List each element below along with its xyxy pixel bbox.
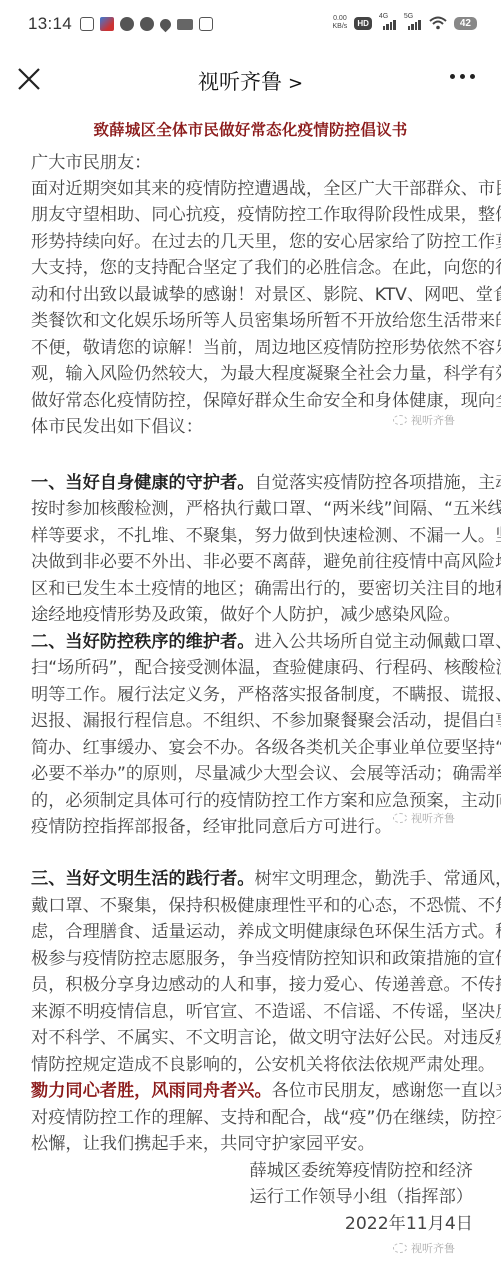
more-options-icon[interactable]	[450, 74, 475, 79]
signature-org-line1: 薛城区委统筹疫情防控和经济	[250, 1158, 473, 1184]
section3-line: 极参与疫情防控志愿服务，争当疫情防控知识和政策措施的宣传	[31, 946, 474, 972]
section2-line: 扫“场所码”，配合接受测体温，查验健康码、行程码、核酸检测证	[31, 655, 474, 681]
section1-line: 样等要求，不扎堆、不聚集，努力做到快速检测、不漏一人。坚	[31, 523, 474, 549]
section2-first-line: 二、当好防控秩序的维护者。进入公共场所自觉主动佩戴口罩、	[31, 629, 474, 655]
section1-line: 区和已发生本土疫情的地区；确需出行的，要密切关注目的地和	[31, 576, 474, 602]
watermark-icon	[393, 415, 407, 425]
section2-line: 简办、红事缓办、宴会不办。各级各类机关企事业单位要坚持“非	[31, 735, 474, 761]
chevron-right-icon: >	[288, 73, 303, 94]
intro-line: 做好常态化疫情防控，保障好群众生命安全和身体健康，现向全	[31, 388, 474, 414]
signature-date: 2022年11月4日	[345, 1211, 473, 1237]
qq-browser-icon	[140, 17, 154, 31]
watermark-text: 视听齐鲁	[411, 412, 455, 428]
section1-line: 决做到非必要不外出、非必要不离薛，避免前往疫情中高风险地	[31, 549, 474, 575]
network-speed: 0.00 KB/s	[333, 15, 348, 31]
nav-bar: 视听齐鲁>	[0, 52, 501, 108]
section1-text: 自觉落实疫情防控各项措施，主动	[254, 473, 501, 493]
section3-line: 情防控规定造成不良影响的，公安机关将依法依规严肃处理。	[31, 1052, 474, 1078]
closing-line: 松懈，让我们携起手来，共同守护家园平安。	[31, 1131, 474, 1157]
intro-line: 朋友守望相助、同心抗疫，疫情防控工作取得阶段性成果，整体	[31, 202, 474, 228]
watermark: 视听齐鲁	[393, 1240, 455, 1256]
intro-line: 观，输入风险仍然较大，为最大程度凝聚全社会力量，科学有效	[31, 361, 474, 387]
intro-line: 大支持，您的支持配合坚定了我们的必胜信念。在此，向您的行	[31, 255, 474, 281]
account-title-link[interactable]: 视听齐鲁>	[0, 66, 501, 96]
intro-line: 不便，敬请您的谅解！当前，周边地区疫情防控形势依然不容乐	[31, 335, 474, 361]
search-app-icon	[80, 17, 94, 31]
closing-text: 各位市民朋友，感谢您一直以来	[272, 1081, 501, 1101]
signal-5g-label: 5G	[404, 13, 413, 20]
compass-icon	[120, 17, 134, 31]
greeting: 广大市民朋友：	[31, 150, 474, 176]
status-bar: 13:14 0.00 KB/s HD 4G 5G 42	[0, 0, 501, 52]
location-pin-icon	[158, 16, 174, 32]
section1-line: 途经地疫情形势及政策，做好个人防护，减少感染风险。	[31, 602, 474, 628]
section3-first-line: 三、当好文明生活的践行者。树牢文明理念，勤洗手、常通风，	[31, 866, 474, 892]
intro-line: 动和付出致以最诚挚的感谢！对景区、影院、KTV、网吧、堂食	[31, 282, 474, 308]
watermark-text: 视听齐鲁	[411, 810, 455, 826]
section3-line: 戴口罩、不聚集，保持积极健康理性平和的心态，不恐慌、不焦	[31, 893, 474, 919]
watermark-icon	[393, 1243, 407, 1253]
net-speed-unit: KB/s	[333, 23, 348, 31]
document-title: 致薛城区全体市民做好常态化疫情防控倡议书	[0, 118, 501, 140]
notification-icons	[80, 17, 213, 31]
section3-heading: 三、当好文明生活的践行者。	[31, 869, 254, 889]
signal-4g-label: 4G	[379, 13, 388, 20]
closing-line: 对疫情防控工作的理解、支持和配合，战“疫”仍在继续，防控不能	[31, 1105, 474, 1131]
section2-line: 迟报、漏报行程信息。不组织、不参加聚餐聚会活动，提倡白事	[31, 708, 474, 734]
intro-line: 形势持续向好。在过去的几天里，您的安心居家给了防控工作莫	[31, 229, 474, 255]
section2-text: 进入公共场所自觉主动佩戴口罩、	[254, 632, 501, 652]
section3-line: 员，积极分享身边感动的人和事，接力爱心、传递善意。不传播	[31, 972, 474, 998]
watermark-text: 视听齐鲁	[411, 1240, 455, 1256]
signal-5g-icon: 5G	[404, 16, 422, 30]
section2-line: 明等工作。履行法定义务，严格落实报备制度，不瞒报、谎报、	[31, 682, 474, 708]
section3-line: 来源不明疫情信息，听官宣、不造谣、不信谣、不传谣，坚决反	[31, 999, 474, 1025]
hd-voice-icon: HD	[354, 17, 372, 30]
watermark: 视听齐鲁	[393, 412, 455, 428]
section2-line: 必要不举办”的原则，尽量减少大型会议、会展等活动；确需举办	[31, 761, 474, 787]
section1-heading: 一、当好自身健康的守护者。	[31, 473, 254, 493]
wifi-icon	[429, 16, 447, 30]
intro-line: 类餐饮和文化娱乐场所等人员密集场所暂不开放给您生活带来的	[31, 308, 474, 334]
section3-line: 虑，合理膳食、适量运动，养成文明健康绿色环保生活方式。积	[31, 919, 474, 945]
closing-first-line: 勠力同心者胜，风雨同舟者兴。各位市民朋友，感谢您一直以来	[31, 1078, 474, 1104]
account-name: 视听齐鲁	[198, 70, 282, 94]
watermark-icon	[393, 813, 407, 823]
system-icons: 0.00 KB/s HD 4G 5G 42	[333, 15, 477, 31]
app-badge-icon	[199, 17, 213, 31]
news-app-icon	[177, 19, 193, 30]
net-speed-value: 0.00	[333, 15, 348, 23]
signature-org-line2: 运行工作领导小组（指挥部）	[250, 1184, 473, 1210]
section1-line: 按时参加核酸检测，严格执行戴口罩、“两米线”间隔、“五米线”采	[31, 496, 474, 522]
signal-4g-icon: 4G	[379, 16, 397, 30]
section3-line: 对不科学、不属实、不文明言论，做文明守法好公民。对违反疫	[31, 1025, 474, 1051]
watermark: 视听齐鲁	[393, 810, 455, 826]
intro-line: 面对近期突如其来的疫情防控遭遇战，全区广大干部群众、市民	[31, 176, 474, 202]
app-notification-icon	[100, 17, 114, 31]
status-time: 13:14	[28, 14, 72, 34]
section1-first-line: 一、当好自身健康的守护者。自觉落实疫情防控各项措施，主动	[31, 470, 474, 496]
battery-icon: 42	[454, 17, 477, 30]
section3-text: 树牢文明理念，勤洗手、常通风，	[254, 869, 501, 889]
closing-heading: 勠力同心者胜，风雨同舟者兴。	[31, 1081, 272, 1101]
section2-heading: 二、当好防控秩序的维护者。	[31, 632, 254, 652]
